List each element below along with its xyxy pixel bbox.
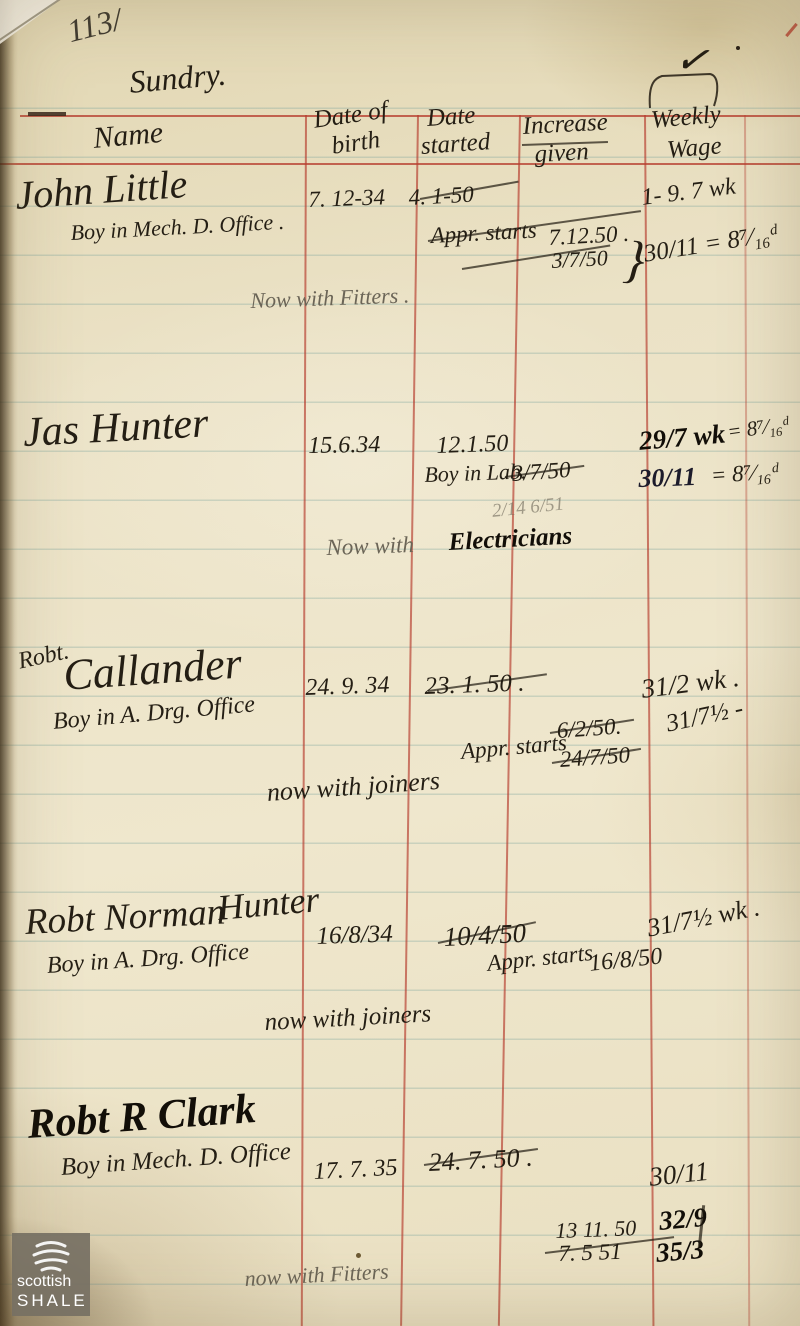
binding-edge-shadow [0,0,18,1326]
ledger-page: 113/ ✓ Sundry. Name Date of birth Date s… [0,0,800,1326]
entry-role: Boy in A. Drg. Office [46,940,250,978]
column-rule-4 [644,115,654,1326]
paper-stain-dot [356,1253,361,1258]
page-number: 113/ [64,3,125,47]
entry-wage-2: 30/11 = 8⁷⁄₁₆ᵈ [642,221,779,267]
entry-increase-1: 13 11. 50 [555,1217,637,1242]
entry-role: Boy in Mech. D. Office [60,1139,292,1180]
column-header-dob-line2: birth [330,127,382,159]
entry-increase-1: 16/8/50 [588,944,663,976]
ink-dash [28,112,66,116]
entry-footnote-pencil: Now with [326,533,414,559]
entry-wage-2: 31/7½ - [664,696,745,737]
entry-footnote: now with joiners [264,1001,432,1035]
entry-footnote-ink: Electricians [448,524,573,555]
entry-dob: 24. 9. 34 [305,673,390,700]
watermark-text-line2: SHALE [17,1291,88,1311]
entry-dob: 17. 7. 35 [313,1156,398,1184]
entry-dob: 7. 12-34 [308,185,385,211]
ink-dot [736,46,740,50]
entry-name: Robt R Clark [26,1088,257,1146]
page-title: Sundry. [128,58,227,98]
watermark-text-line1: scottish [17,1273,71,1291]
entry-footnote: Now with Fitters . [250,284,410,312]
column-header-increase-line1: Increase [522,110,608,139]
entry-name: Jas Hunter [22,402,209,454]
scottishshale-watermark: scottish SHALE [12,1233,90,1316]
entry-role: Boy in Mech. D. Office . [70,211,285,244]
column-header-name: Name [92,118,164,154]
red-corner-mark [785,23,798,37]
entry-increase-1: 7.12.50 . [548,222,630,249]
entry-date-started: 10/4/50 [443,920,527,951]
entry-name: Callander [62,642,243,698]
entry-dob: 15.6.34 [308,433,380,458]
entry-appr-note: Appr. starts [460,731,568,763]
entry-wage-1: 31/7½ wk . [645,894,762,941]
column-header-wage-line2: Wage [666,133,723,163]
column-header-started-line2: started [420,129,491,159]
entry-name: Robt Norman [24,894,226,941]
column-header-started-line1: Date [426,103,476,131]
entry-footnote: now with joiners [266,768,441,806]
entry-dob: 16/8/34 [316,921,393,949]
entry-footnote: now with Fitters [244,1260,389,1290]
entry-name: John Little [14,164,189,216]
entry-wage-1: 30/11 [648,1158,710,1191]
entry-date-started: 12.1.50 [436,431,509,457]
entry-wage-2b: = 8⁷⁄₁₆ᵈ [710,459,779,487]
entry-increase-pencil: 2/14 6/51 [491,494,565,520]
column-header-wage-line1: Weekly [650,102,722,133]
entry-wage-1b: = 8⁷⁄₁₆ᵈ [726,413,790,442]
entry-wage-1: 1- 9. 7 wk [640,174,737,209]
globe-icon [29,1236,73,1276]
entry-wage-2: 30/11 [638,464,697,492]
page-corner-fold [0,0,60,44]
column-header-increase-line2: given [534,139,589,167]
entry-wage-1: 29/7 wk [638,420,726,454]
entry-name-insert: Hunter [216,881,321,926]
